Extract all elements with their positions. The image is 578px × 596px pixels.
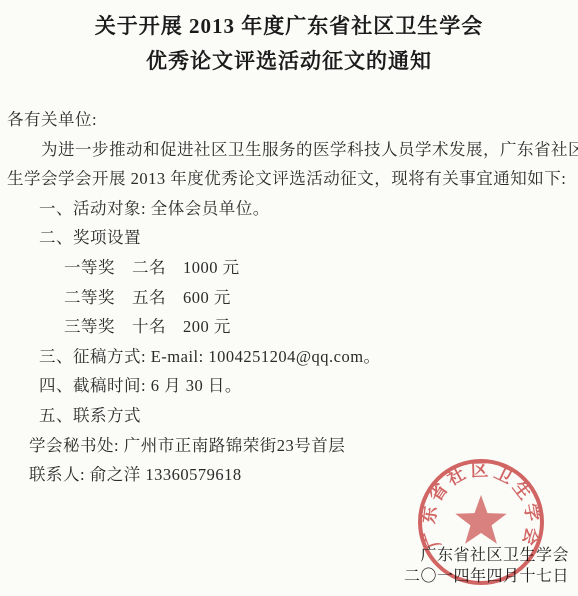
item-1-target: 一、活动对象: 全体会员单位。 (39, 194, 578, 224)
prize-first: 一等奖 二名 1000 元 (64, 253, 578, 283)
prize-second: 二等奖 五名 600 元 (64, 283, 578, 313)
intro-line-1: 为进一步推动和促进社区卫生服务的医学科技人员学术发展，广东省社区卫 (41, 135, 578, 165)
item-5-contact: 五、联系方式 (39, 401, 578, 431)
document-body: 各有关单位: 为进一步推动和促进社区卫生服务的医学科技人员学术发展，广东省社区卫… (0, 105, 578, 490)
signature-organization: 广东省社区卫生学会 (404, 546, 569, 567)
intro-line-2: 生学会学会开展 2013 年度优秀论文评选活动征文，现将有关事宜通知如下: (7, 164, 578, 194)
contact-person-phone: 联系人: 俞之洋 13360579618 (29, 460, 578, 490)
signature-date: 二〇一四年四月十七日 (404, 567, 569, 588)
document-title-line1: 关于开展 2013 年度广东省社区卫生学会 (0, 9, 578, 44)
item-3-submission: 三、征稿方式: E-mail: 1004251204@qq.com。 (39, 342, 578, 372)
document-title-line2: 优秀论文评选活动征文的通知 (0, 44, 578, 79)
salutation: 各有关单位: (7, 105, 578, 135)
signature-block: 广东省社区卫生学会 二〇一四年四月十七日 (404, 546, 569, 587)
star-icon (455, 495, 506, 544)
scanned-notice-document: 关于开展 2013 年度广东省社区卫生学会 优秀论文评选活动征文的通知 各有关单… (0, 0, 578, 596)
item-2-awards: 二、奖项设置 (39, 223, 578, 253)
item-4-deadline: 四、截稿时间: 6 月 30 日。 (39, 371, 578, 401)
secretariat-address: 学会秘书处: 广州市正南路锦荣街23号首层 (29, 431, 578, 461)
document-title: 关于开展 2013 年度广东省社区卫生学会 优秀论文评选活动征文的通知 (0, 9, 578, 79)
prize-third: 三等奖 十名 200 元 (64, 312, 578, 342)
